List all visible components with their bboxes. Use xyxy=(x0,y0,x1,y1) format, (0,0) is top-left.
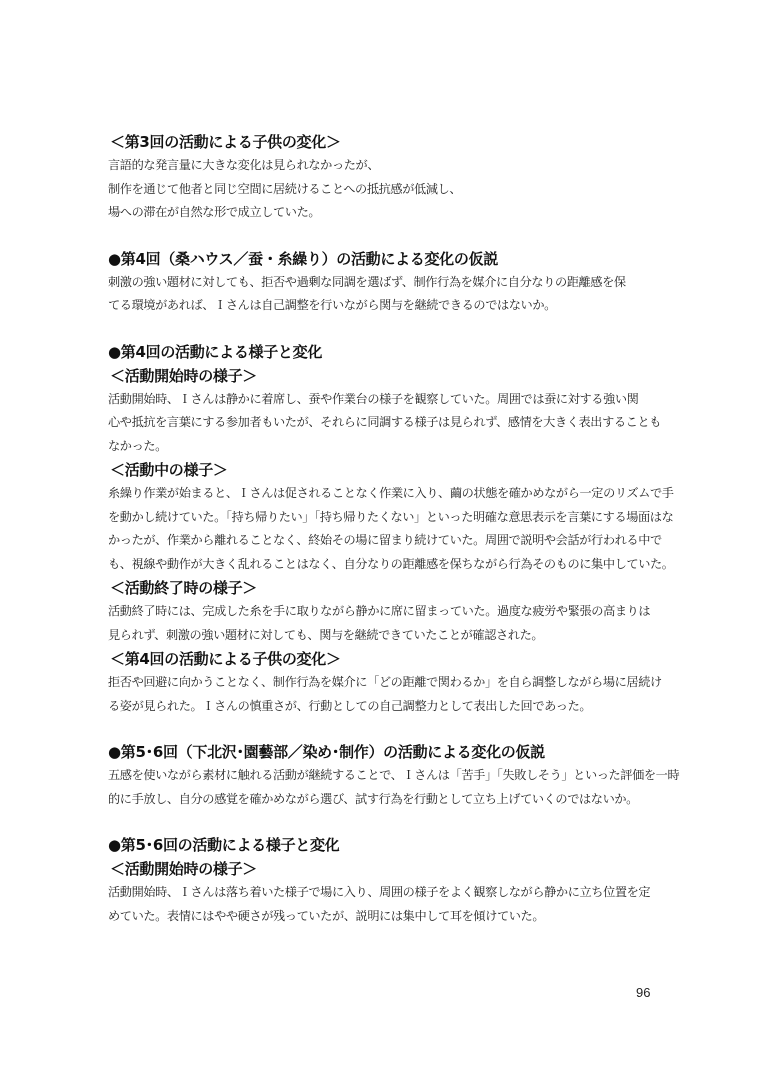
text-line: 見られず、刺激の強い題材に対しても、関与を継続できていたことが確認された。 xyxy=(108,624,668,648)
text-line: めていた。表情にはやや硬さが残っていたが、説明には集中して耳を傾けていた。 xyxy=(108,905,668,929)
paragraph-activity-end: 活動終了時には、完成した糸を手に取りながら静かに席に留まっていた。過度な疲労や緊… xyxy=(108,600,668,647)
section-heading-3rd-session-child-change: ＜第3回の活動による子供の変化＞ xyxy=(108,130,668,154)
text-line: てる環境があれば、Ｉさんは自己調整を行いながら関与を継続できるのではないか。 xyxy=(108,294,668,318)
text-line: 的に手放し、自分の感覚を確かめながら選び、試す行為を行動として立ち上げていくので… xyxy=(108,788,668,812)
text-line: も、視線や動作が大きく乱れることはなく、自分なりの距離感を保ちながら行為そのもの… xyxy=(108,553,668,577)
subsection-heading-activity-end: ＜活動終了時の様子＞ xyxy=(108,576,668,600)
text-line: 糸繰り作業が始まると、Ｉさんは促されることなく作業に入り、繭の状態を確かめながら… xyxy=(108,482,668,506)
section-heading-4th-session-observations: ●第4回の活動による様子と変化 xyxy=(108,340,668,364)
subsection-heading-activity-start-5-6: ＜活動開始時の様子＞ xyxy=(108,857,668,881)
document-page: ＜第3回の活動による子供の変化＞ 言語的な発言量に大きな変化は見られなかったが、… xyxy=(0,0,768,1087)
text-line: 拒否や回避に向かうことなく、制作行為を媒介に「どの距離で関わるか」を自ら調整しな… xyxy=(108,671,668,695)
text-line: 活動終了時には、完成した糸を手に取りながら静かに席に留まっていた。過度な疲労や緊… xyxy=(108,600,668,624)
text-line: る姿が見られた。Ｉさんの慎重さが、行動としての自己調整力として表出した回であった… xyxy=(108,695,668,719)
text-line: 場への滞在が自然な形で成立していた。 xyxy=(108,201,668,225)
paragraph-activity-start: 活動開始時、Ｉさんは静かに着席し、蚕や作業台の様子を観察していた。周囲では蚕に対… xyxy=(108,388,668,459)
text-line: かったが、作業から離れることなく、終始その場に留まり続けていた。周囲で説明や会話… xyxy=(108,529,668,553)
text-line: 活動開始時、Ｉさんは落ち着いた様子で場に入り、周囲の様子をよく観察しながら静かに… xyxy=(108,881,668,905)
subsection-heading-during-activity: ＜活動中の様子＞ xyxy=(108,458,668,482)
paragraph-activity-start-5-6: 活動開始時、Ｉさんは落ち着いた様子で場に入り、周囲の様子をよく観察しながら静かに… xyxy=(108,881,668,928)
text-line: 五感を使いながら素材に触れる活動が継続することで、Ｉさんは「苦手」「失敗しそう」… xyxy=(108,764,668,788)
text-line: 言語的な発言量に大きな変化は見られなかったが、 xyxy=(108,154,668,178)
subsection-heading-activity-start: ＜活動開始時の様子＞ xyxy=(108,364,668,388)
paragraph-5-6th-session-hypothesis: 五感を使いながら素材に触れる活動が継続することで、Ｉさんは「苦手」「失敗しそう」… xyxy=(108,764,668,811)
page-number: 96 xyxy=(636,985,650,1000)
paragraph-4th-session-child-change: 拒否や回避に向かうことなく、制作行為を媒介に「どの距離で関わるか」を自ら調整しな… xyxy=(108,671,668,718)
paragraph-during-activity: 糸繰り作業が始まると、Ｉさんは促されることなく作業に入り、繭の状態を確かめながら… xyxy=(108,482,668,576)
text-line: 制作を通じて他者と同じ空間に居続けることへの抵抗感が低減し、 xyxy=(108,178,668,202)
section-heading-4th-session-hypothesis: ●第4回（桑ハウス／蚕・糸繰り）の活動による変化の仮説 xyxy=(108,247,668,271)
text-line: を動かし続けていた。「持ち帰りたい」「持ち帰りたくない」といった明確な意思表示を… xyxy=(108,506,668,530)
text-line: なかった。 xyxy=(108,435,668,459)
section-heading-5-6th-session-observations: ●第5･6回の活動による様子と変化 xyxy=(108,833,668,857)
paragraph-3rd-session-child-change: 言語的な発言量に大きな変化は見られなかったが、 制作を通じて他者と同じ空間に居続… xyxy=(108,154,668,225)
text-line: 刺激の強い題材に対しても、拒否や過剰な同調を選ばず、制作行為を媒介に自分なりの距… xyxy=(108,271,668,295)
paragraph-4th-session-hypothesis: 刺激の強い題材に対しても、拒否や過剰な同調を選ばず、制作行為を媒介に自分なりの距… xyxy=(108,271,668,318)
text-line: 活動開始時、Ｉさんは静かに着席し、蚕や作業台の様子を観察していた。周囲では蚕に対… xyxy=(108,388,668,412)
subsection-heading-4th-session-child-change: ＜第4回の活動による子供の変化＞ xyxy=(108,647,668,671)
page-content: ＜第3回の活動による子供の変化＞ 言語的な発言量に大きな変化は見られなかったが、… xyxy=(108,130,668,928)
text-line: 心や抵抗を言葉にする参加者もいたが、それらに同調する様子は見られず、感情を大きく… xyxy=(108,411,668,435)
section-heading-5-6th-session-hypothesis: ●第5･6回（下北沢･園藝部／染め･制作）の活動による変化の仮説 xyxy=(108,740,668,764)
